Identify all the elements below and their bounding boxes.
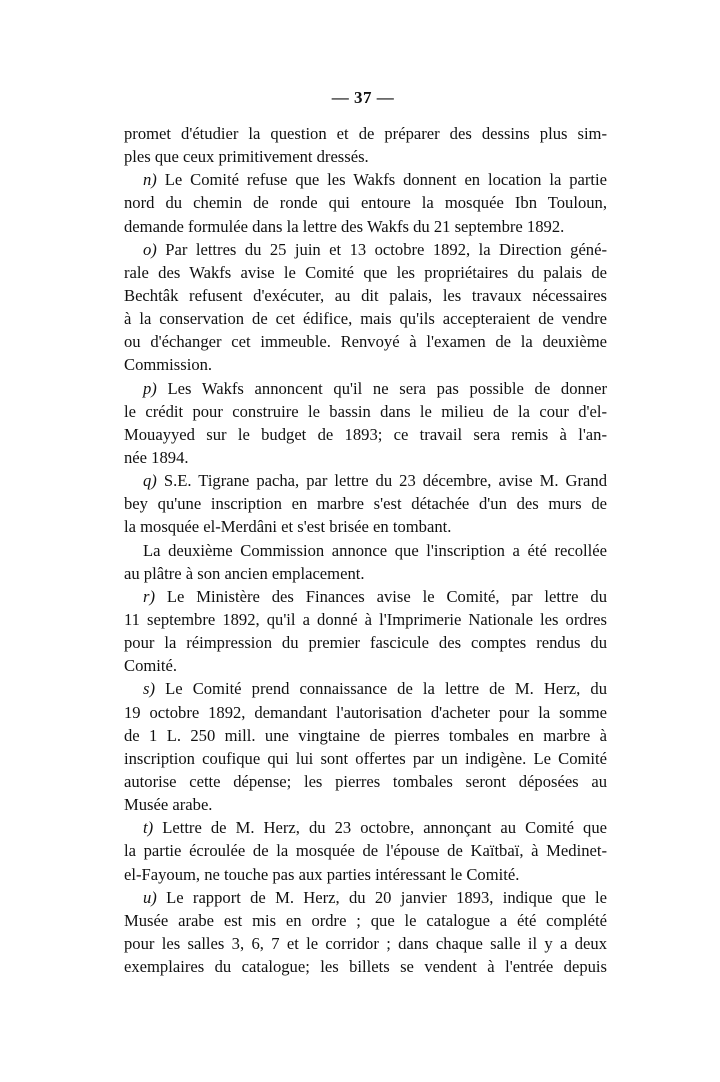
text-line: el-Fayoum, ne touche pas aux parties int… xyxy=(124,863,607,886)
text-line: nord du chemin de ronde qui entoure la m… xyxy=(124,191,607,214)
paragraph-r: r) Le Ministère des Finances avise le Co… xyxy=(124,585,607,678)
text-line: Comité. xyxy=(124,654,607,677)
text-line: r) Le Ministère des Finances avise le Co… xyxy=(124,585,607,608)
paragraph-continuation: promet d'étudier la question et de prépa… xyxy=(124,122,607,168)
paragraph-t: t) Lettre de M. Herz, du 23 octobre, ann… xyxy=(124,816,607,885)
text-line: Bechtâk refusent d'exécuter, au dit pala… xyxy=(124,284,607,307)
item-label: n) xyxy=(143,170,157,189)
text-line: pour les salles 3, 6, 7 et le corridor ;… xyxy=(124,932,607,955)
paragraph-q-continuation: La deuxième Commission annonce que l'ins… xyxy=(124,539,607,585)
text-span: Lettre de M. Herz, du 23 octobre, annonç… xyxy=(162,818,607,837)
text-line: t) Lettre de M. Herz, du 23 octobre, ann… xyxy=(124,816,607,839)
text-line: rale des Wakfs avise le Comité que les p… xyxy=(124,261,607,284)
text-line: promet d'étudier la question et de prépa… xyxy=(124,122,607,145)
text-line: au plâtre à son ancien emplacement. xyxy=(124,562,607,585)
text-line: inscription coufique qui lui sont offert… xyxy=(124,747,607,770)
text-line: n) Le Comité refuse que les Wakfs donnen… xyxy=(124,168,607,191)
text-line: autorise cette dépense; les pierres tomb… xyxy=(124,770,607,793)
text-line: 11 septembre 1892, qu'il a donné à l'Imp… xyxy=(124,608,607,631)
text-line: Musée arabe. xyxy=(124,793,607,816)
paragraph-q: q) S.E. Tigrane pacha, par lettre du 23 … xyxy=(124,469,607,538)
text-line: ples que ceux primitivement dressés. xyxy=(124,145,607,168)
text-line: le crédit pour construire le bassin dans… xyxy=(124,400,607,423)
text-line: ou d'échanger cet immeuble. Renvoyé à l'… xyxy=(124,330,607,353)
body-text: promet d'étudier la question et de prépa… xyxy=(124,122,607,978)
paragraph-o: o) Par lettres du 25 juin et 13 octobre … xyxy=(124,238,607,377)
text-line: q) S.E. Tigrane pacha, par lettre du 23 … xyxy=(124,469,607,492)
text-line: s) Le Comité prend connaissance de la le… xyxy=(124,677,607,700)
text-line: demande formulée dans la lettre des Wakf… xyxy=(124,215,607,238)
item-label: t) xyxy=(143,818,153,837)
text-span: Le Comité prend connaissance de la lettr… xyxy=(165,679,607,698)
text-line: la mosquée el-Merdâni et s'est brisée en… xyxy=(124,515,607,538)
text-line: u) Le rapport de M. Herz, du 20 janvier … xyxy=(124,886,607,909)
text-line: p) Les Wakfs annoncent qu'il ne sera pas… xyxy=(124,377,607,400)
item-label: r) xyxy=(143,587,155,606)
text-line: bey qu'une inscription en marbre s'est d… xyxy=(124,492,607,515)
text-line: Mouayyed sur le budget de 1893; ce trava… xyxy=(124,423,607,446)
text-span: Le Comité refuse que les Wakfs donnent e… xyxy=(165,170,607,189)
paragraph-n: n) Le Comité refuse que les Wakfs donnen… xyxy=(124,168,607,237)
text-span: Le rapport de M. Herz, du 20 janvier 189… xyxy=(166,888,607,907)
text-line: exemplaires du catalogue; les billets se… xyxy=(124,955,607,978)
text-line: née 1894. xyxy=(124,446,607,469)
text-line: Commission. xyxy=(124,353,607,376)
item-label: s) xyxy=(143,679,155,698)
page-number: — 37 — xyxy=(0,88,720,108)
text-line: 19 octobre 1892, demandant l'autorisatio… xyxy=(124,701,607,724)
item-label: o) xyxy=(143,240,157,259)
text-span: Par lettres du 25 juin et 13 octobre 189… xyxy=(165,240,607,259)
paragraph-p: p) Les Wakfs annoncent qu'il ne sera pas… xyxy=(124,377,607,470)
text-line: la partie écroulée de la mosquée de l'ép… xyxy=(124,839,607,862)
text-line: La deuxième Commission annonce que l'ins… xyxy=(124,539,607,562)
text-span: Les Wakfs annoncent qu'il ne sera pas po… xyxy=(168,379,607,398)
item-label: p) xyxy=(143,379,157,398)
text-line: pour la réimpression du premier fascicul… xyxy=(124,631,607,654)
paragraph-u: u) Le rapport de M. Herz, du 20 janvier … xyxy=(124,886,607,979)
item-label: q) xyxy=(143,471,157,490)
text-line: Musée arabe est mis en ordre ; que le ca… xyxy=(124,909,607,932)
text-span: Le Ministère des Finances avise le Comit… xyxy=(167,587,607,606)
paragraph-s: s) Le Comité prend connaissance de la le… xyxy=(124,677,607,816)
text-line: o) Par lettres du 25 juin et 13 octobre … xyxy=(124,238,607,261)
text-line: de 1 L. 250 mill. une vingtaine de pierr… xyxy=(124,724,607,747)
text-line: à la conservation de cet édifice, mais q… xyxy=(124,307,607,330)
text-span: S.E. Tigrane pacha, par lettre du 23 déc… xyxy=(164,471,607,490)
item-label: u) xyxy=(143,888,157,907)
